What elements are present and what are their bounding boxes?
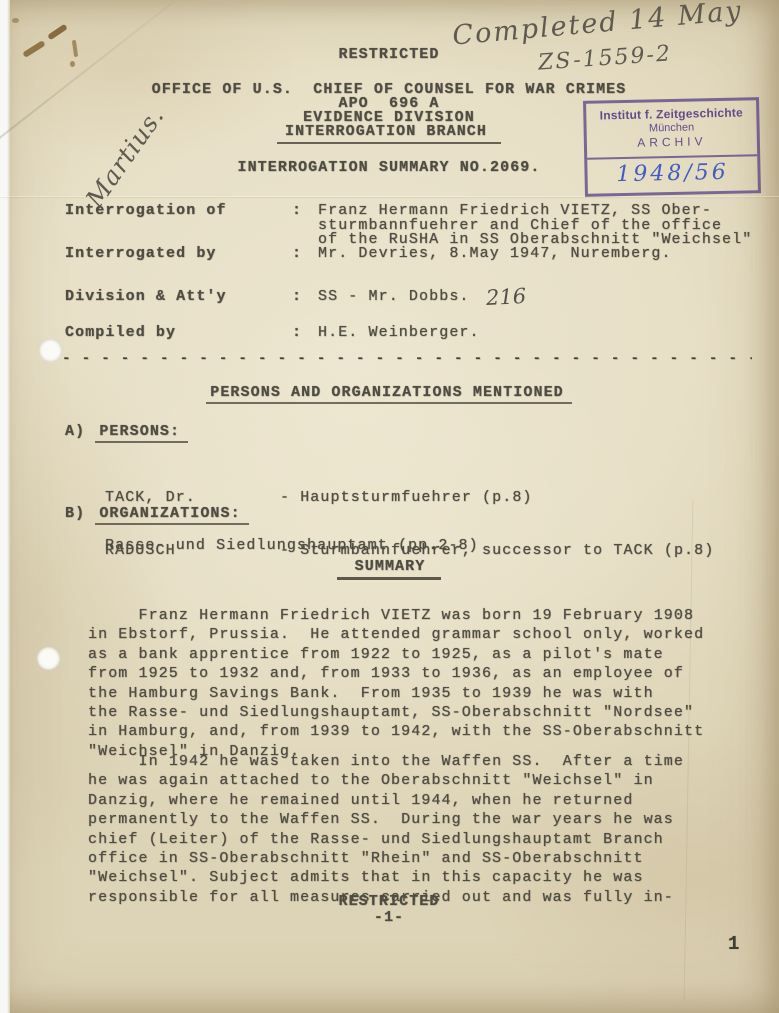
- classification-header: RESTRICTED: [10, 45, 768, 64]
- footer-classification: RESTRICTED: [10, 895, 768, 909]
- punch-hole: [37, 647, 60, 670]
- field-value: SS - Mr. Dobbs.: [318, 290, 755, 305]
- mentioned-section-title: PERSONS AND ORGANIZATIONS MENTIONED: [10, 383, 768, 402]
- mentioned-section-title-text: PERSONS AND ORGANIZATIONS MENTIONED: [206, 384, 572, 404]
- organizations-heading: B) ORGANIZATIONS:: [65, 504, 249, 523]
- field-value: Mr. Devries, 8.May 1947, Nuremberg.: [318, 247, 755, 262]
- rust-stain: [47, 24, 68, 41]
- field-value: Franz Hermann Friedrich VIETZ, SS Ober- …: [318, 204, 755, 248]
- field-label: Compiled by: [65, 326, 292, 341]
- field-separator: :: [292, 326, 318, 341]
- stamp-archiv-label: ARCHIV: [587, 133, 757, 151]
- horizontal-crease: [0, 196, 779, 197]
- stamp-accession-number: 1948/56: [587, 156, 758, 188]
- letterhead-line4-text: INTERROGATION BRANCH: [277, 123, 501, 144]
- persons-heading-prefix: A): [65, 423, 85, 440]
- summary-heading: SUMMARY: [10, 557, 768, 576]
- persons-heading: A) PERSONS:: [65, 422, 188, 441]
- person-description: - Hauptsturmfuehrer (p.8): [280, 491, 745, 506]
- dashed-separator: - - - - - - - - - - - - - - - - - - - - …: [62, 351, 752, 367]
- summary-heading-text: SUMMARY: [337, 558, 442, 580]
- summary-paragraph-2: In 1942 he was taken into the Waffen SS.…: [88, 752, 743, 907]
- punch-hole: [39, 339, 62, 362]
- field-interrogation-of: Interrogation of : Franz Hermann Friedri…: [65, 204, 755, 248]
- field-label: Division & Att'y: [65, 290, 292, 305]
- field-label: Interrogated by: [65, 247, 292, 262]
- field-value: H.E. Weinberger.: [318, 326, 755, 341]
- field-division-atty: Division & Att'y : SS - Mr. Dobbs.: [65, 290, 755, 305]
- field-interrogated-by: Interrogated by : Mr. Devries, 8.May 194…: [65, 247, 755, 262]
- organizations-heading-prefix: B): [65, 505, 85, 522]
- scanned-document-page: Completed 14 May ZS-1559-2 Martius. 216 …: [0, 0, 779, 1013]
- field-separator: :: [292, 247, 318, 262]
- field-label: Interrogation of: [65, 204, 292, 248]
- field-separator: :: [292, 204, 318, 248]
- handwritten-completed-note: Completed 14 May: [451, 0, 744, 52]
- rust-stain: [12, 18, 19, 23]
- archive-stamp-header: Institut f. Zeitgeschichte München ARCHI…: [586, 100, 757, 160]
- archive-stamp: Institut f. Zeitgeschichte München ARCHI…: [583, 97, 761, 197]
- organizations-heading-text: ORGANIZATIONS:: [95, 505, 248, 525]
- summary-paragraph-1: Franz Hermann Friedrich VIETZ was born 1…: [88, 606, 743, 761]
- field-separator: :: [292, 290, 318, 305]
- organization-item: Rasse- und Siedlungshauptamt (pp.2-8): [105, 536, 479, 555]
- field-compiled-by: Compiled by : H.E. Weinberger.: [65, 326, 755, 341]
- corner-page-number: 1: [728, 933, 740, 955]
- footer-page-label: -1-: [10, 911, 768, 925]
- persons-heading-text: PERSONS:: [95, 423, 188, 443]
- scanner-edge-strip: [0, 0, 10, 1013]
